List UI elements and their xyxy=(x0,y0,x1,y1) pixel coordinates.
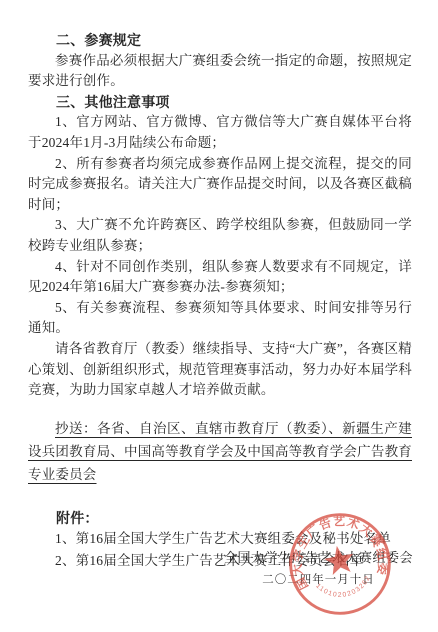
document-page: 二、参赛规定 参赛作品必须根据大广赛组委会统一指定的命题，按照规定要求进行创作。… xyxy=(0,0,438,632)
attachments-heading: 附件： xyxy=(28,508,412,529)
document-body: 二、参赛规定 参赛作品必须根据大广赛组委会统一指定的命题，按照规定要求进行创作。… xyxy=(28,30,412,572)
signature-date: 二〇二四年一月十日 xyxy=(224,569,413,591)
signature-block: 全国大学生广告艺术大赛组委会 二〇二四年一月十日 xyxy=(224,547,413,591)
signature-org: 全国大学生广告艺术大赛组委会 xyxy=(224,547,413,569)
section-3-heading: 三、其他注意事项 xyxy=(28,92,412,113)
note-item-2: 2、所有参赛者均须完成参赛作品网上提交流程，提交的同时完成参赛报名。请关注大广赛… xyxy=(28,154,412,216)
note-item-5: 5、有关参赛流程、参赛须知等具体要求、时间安排等另行通知。 xyxy=(28,298,412,339)
cc-line: 抄送：各省、自治区、直辖市教育厅（教委）、新疆生产建设兵团教育局、中国高等教育学… xyxy=(28,417,412,486)
note-item-4: 4、针对不同创作类别，组队参赛人数要求有不同规定，详见2024年第16届大广赛参… xyxy=(28,257,412,298)
section-2-paragraph: 参赛作品必须根据大广赛组委会统一指定的命题，按照规定要求进行创作。 xyxy=(28,51,412,92)
closing-paragraph: 请各省教育厅（教委）继续指导、支持“大广赛”，各赛区精心策划、创新组织形式，规范… xyxy=(28,339,412,401)
section-2-heading: 二、参赛规定 xyxy=(28,30,412,51)
note-item-1: 1、官方网站、官方微博、官方微信等大广赛自媒体平台将于2024年1月-3月陆续公… xyxy=(28,112,412,153)
note-item-3: 3、大广赛不允许跨赛区、跨学校组队参赛，但鼓励同一学校跨专业组队参赛； xyxy=(28,215,412,256)
